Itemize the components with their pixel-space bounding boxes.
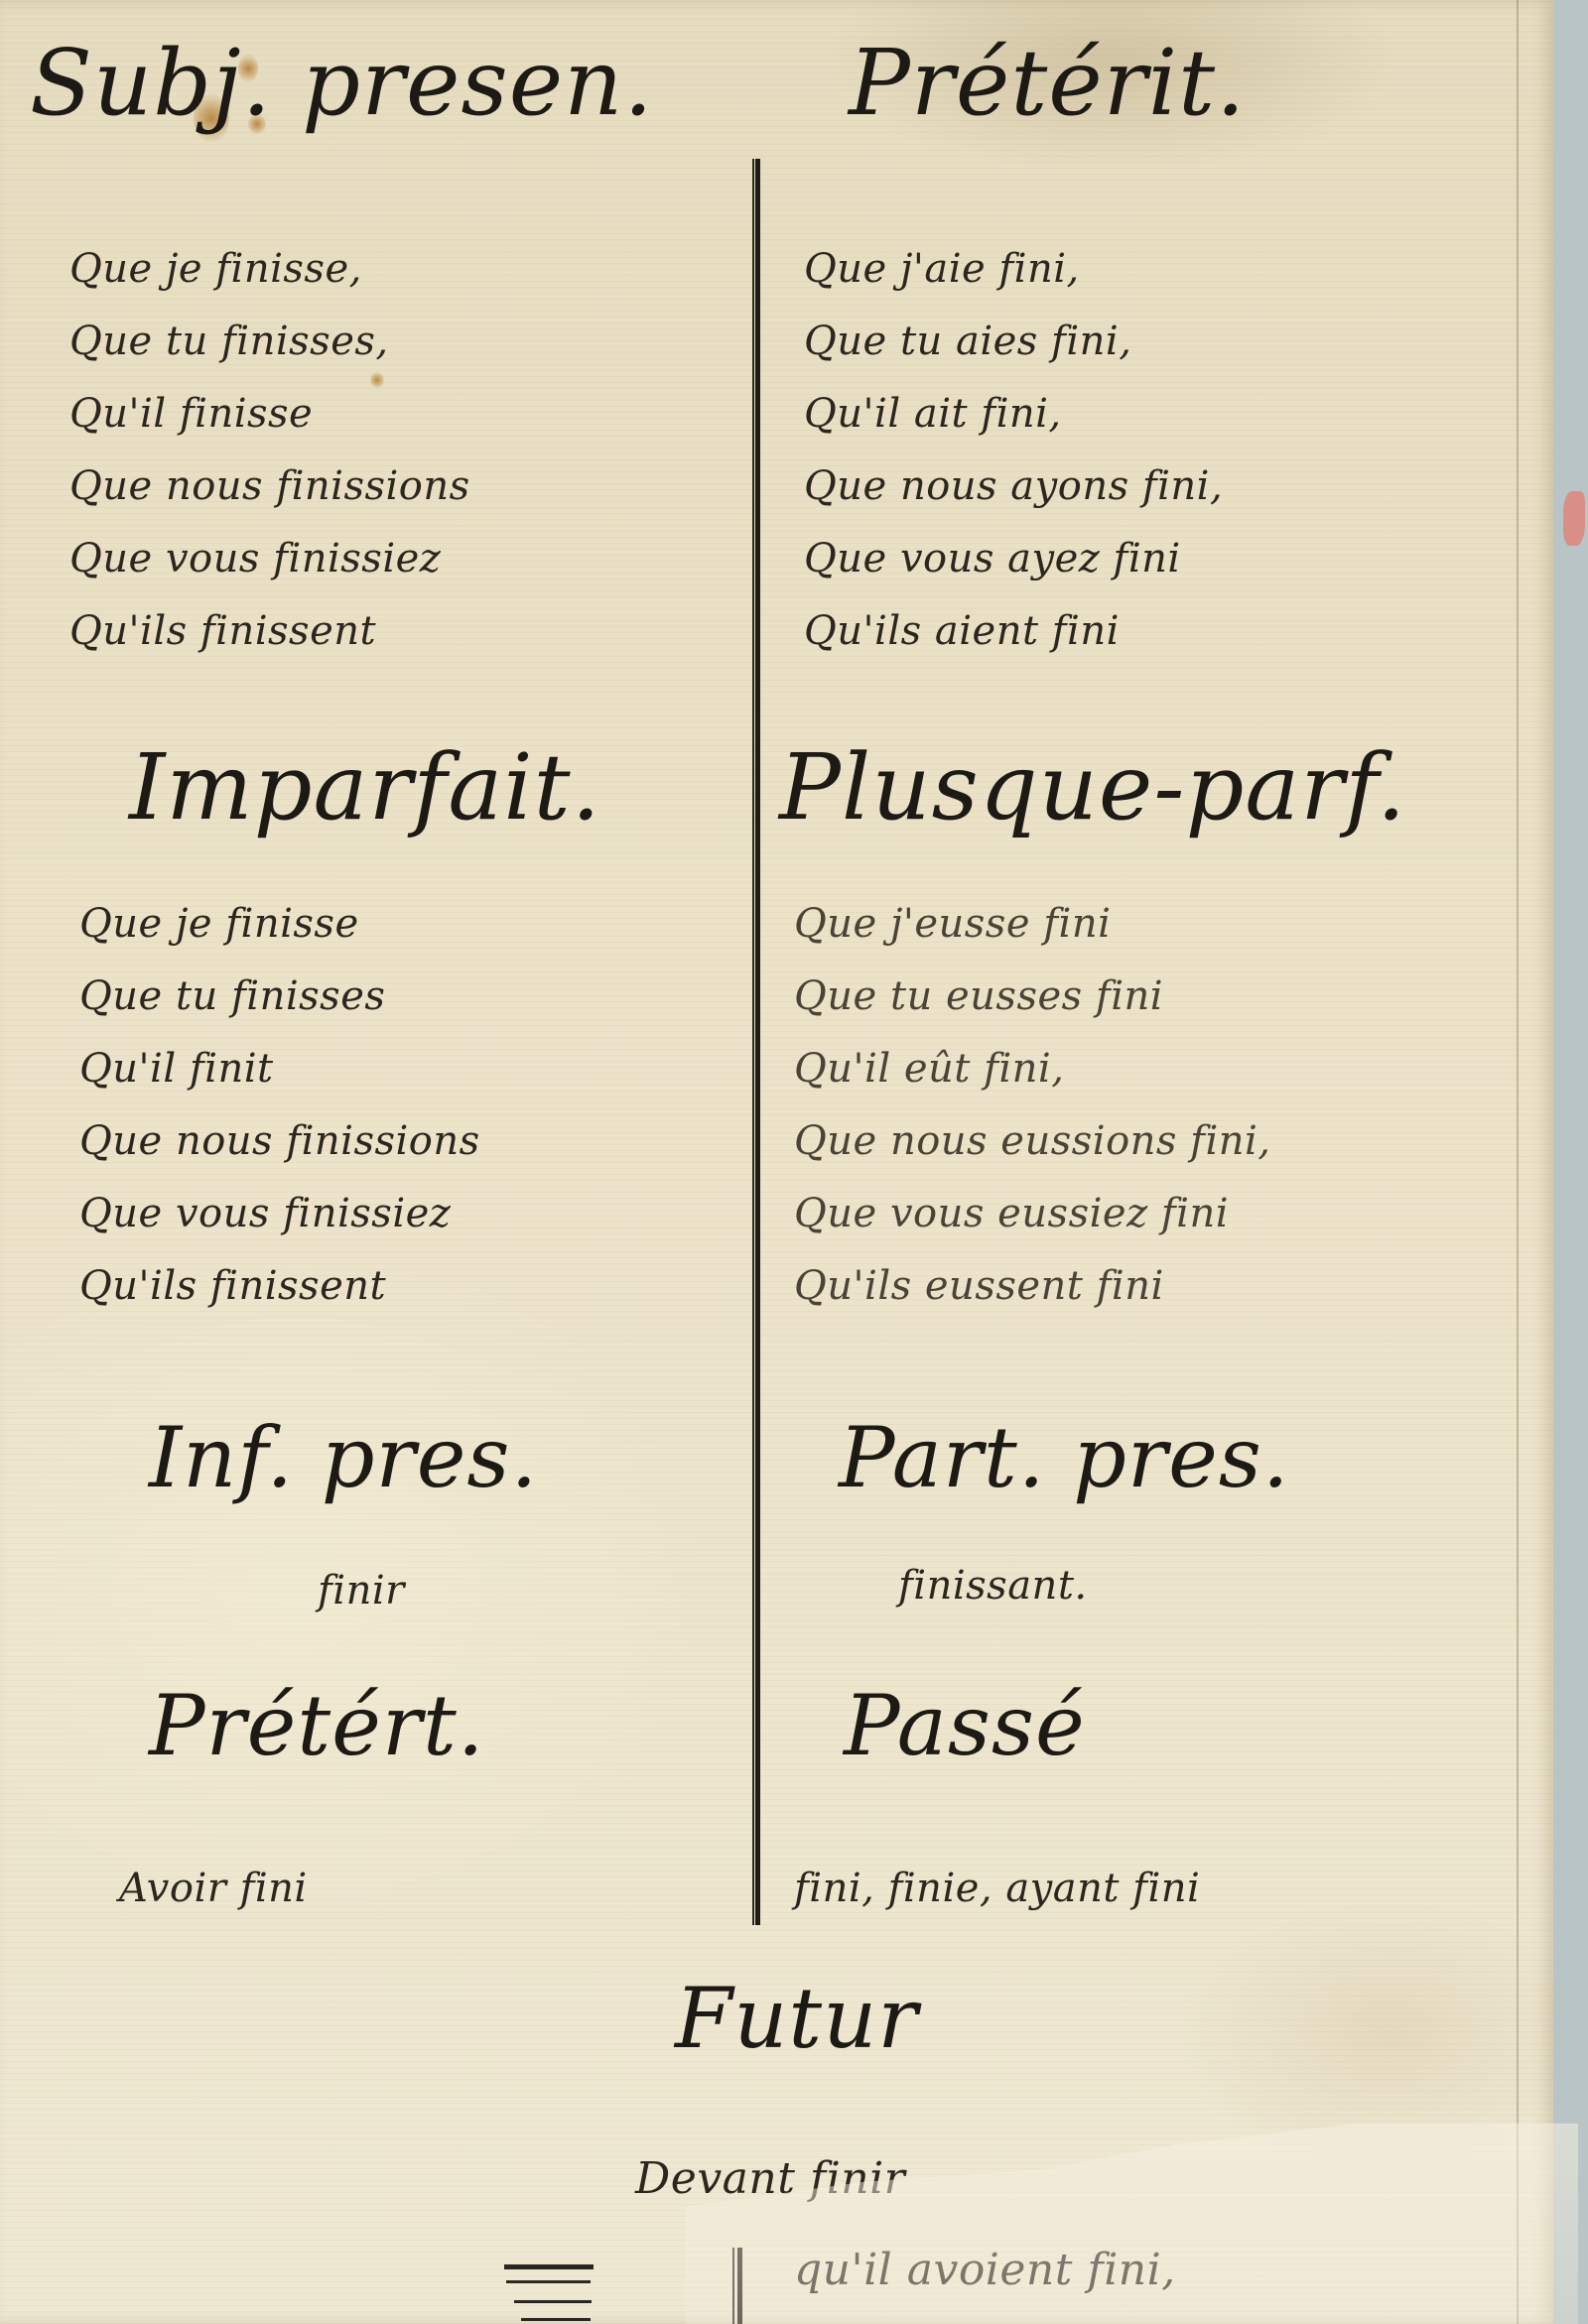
heading-inf-pres: Inf. pres. <box>149 1409 538 1506</box>
heading-preterit: Prétérit. <box>849 30 1246 136</box>
conjugation-line: Que vous finissiez <box>79 1178 480 1250</box>
heading-passe: Passé <box>844 1677 1086 1774</box>
conjugation-line: Que nous finissions <box>69 451 470 523</box>
manuscript-page: Subj. presen. Imparfait. Inf. pres. Prét… <box>0 0 1553 2324</box>
conjugation-line: Que tu eusses fini <box>794 961 1271 1033</box>
decorative-rule <box>506 2280 591 2283</box>
infinitive-past: Avoir fini <box>119 1866 308 1911</box>
conjugation-line: Que j'eusse fini <box>794 888 1271 961</box>
column-divider <box>752 159 760 1925</box>
imparfait-list: Que je finisse Que tu finisses Qu'il fin… <box>79 888 480 1323</box>
conjugation-line: Qu'il finisse <box>69 378 470 451</box>
heading-part-pres: Part. pres. <box>839 1409 1290 1506</box>
conjugation-line: Qu'il finit <box>79 1033 480 1105</box>
conjugation-line: Qu'il ait fini, <box>804 378 1223 451</box>
conjugation-line: Que nous finissions <box>79 1105 480 1178</box>
conjugation-line: Que nous eussions fini, <box>794 1105 1271 1178</box>
conjugation-line: Qu'ils finissent <box>69 595 470 668</box>
subj-present-list: Que je finisse, Que tu finisses, Qu'il f… <box>69 233 470 668</box>
participle-past: fini, finie, ayant fini <box>794 1866 1200 1911</box>
conjugation-line: Que tu aies fini, <box>804 306 1223 378</box>
conjugation-line: Qu'ils eussent fini <box>794 1250 1271 1323</box>
participle-present: finissant. <box>898 1563 1088 1609</box>
conjugation-line: Que tu finisses <box>79 961 480 1033</box>
conjugation-line: Qu'il eût fini, <box>794 1033 1271 1105</box>
decorative-rule <box>504 2264 594 2269</box>
conjugation-line: Que je finisse <box>79 888 480 961</box>
conjugation-line: Que vous finissiez <box>69 523 470 595</box>
page-fold-line <box>1517 0 1519 2324</box>
heading-futur: Futur <box>675 1970 918 2067</box>
conjugation-line: Qu'ils finissent <box>79 1250 480 1323</box>
decorative-rule <box>521 2318 591 2321</box>
conjugation-line: Que je finisse, <box>69 233 470 306</box>
conjugation-line: Que nous ayons fini, <box>804 451 1223 523</box>
heading-imparfait: Imparfait. <box>129 734 601 840</box>
conjugation-line: Que j'aie fini, <box>804 233 1223 306</box>
binding-thread <box>1563 491 1585 546</box>
conjugation-line: Que tu finisses, <box>69 306 470 378</box>
plusque-parfait-list: Que j'eusse fini Que tu eusses fini Qu'i… <box>794 888 1271 1323</box>
heading-subj-present: Subj. presen. <box>30 30 654 136</box>
preterit-list: Que j'aie fini, Que tu aies fini, Qu'il … <box>804 233 1223 668</box>
heading-preterit-inf: Prétért. <box>149 1677 484 1774</box>
conjugation-line: Que vous ayez fini <box>804 523 1223 595</box>
conjugation-line: Que vous eussiez fini <box>794 1178 1271 1250</box>
infinitive-present: finir <box>318 1568 405 1614</box>
heading-plusque-parf: Plusque-parf. <box>779 734 1406 840</box>
conjugation-line: Qu'ils aient fini <box>804 595 1223 668</box>
decorative-rule <box>514 2300 592 2303</box>
